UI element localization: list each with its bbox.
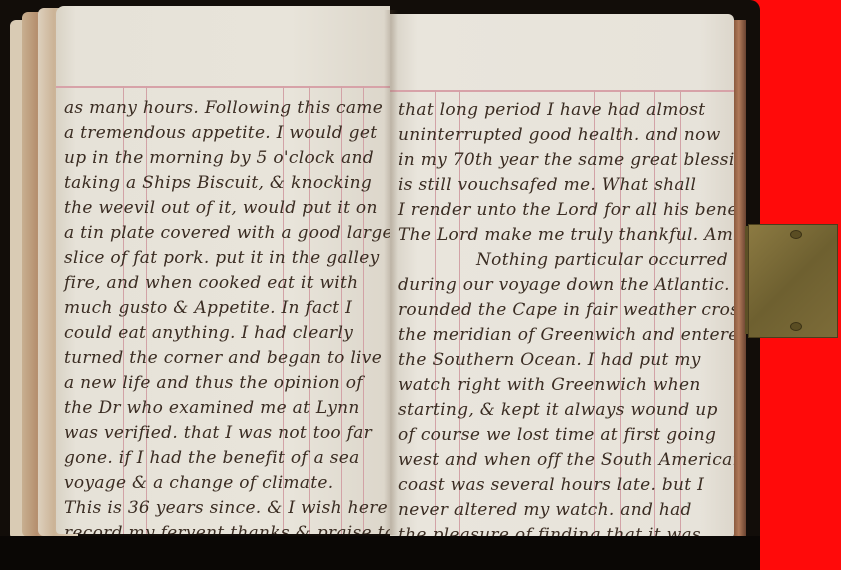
text-line: of course we lost time at first going (398, 425, 716, 445)
text-line: never altered my watch. and had (398, 500, 692, 520)
text-line: much gusto & Appetite. In fact I (64, 298, 352, 318)
text-line: as many hours. Following this came (64, 98, 383, 118)
text-line: a tremendous appetite. I would get (64, 123, 377, 143)
text-line: could eat anything. I had clearly (64, 323, 353, 343)
text-line: the weevil out of it, would put it on (64, 198, 378, 218)
text-line: taking a Ships Biscuit, & knocking (64, 173, 372, 193)
text-line: The Lord make me truly thankful. Amen. (398, 225, 734, 245)
text-line: was verified. that I was not too far (64, 423, 372, 443)
text-line: record my fervent thanks & praise to (64, 523, 390, 534)
text-line: voyage & a change of climate. (64, 473, 333, 493)
text-line: the Dr who examined me at Lynn (64, 398, 360, 418)
text-line: west and when off the South American (398, 450, 734, 470)
text-line: is still vouchsafed me. What shall (398, 175, 696, 195)
book-gutter (384, 10, 398, 535)
brass-clasp (748, 224, 838, 338)
rivet-icon (790, 230, 802, 239)
text-line: watch right with Greenwich when (398, 375, 701, 395)
header-rule (56, 86, 390, 88)
rivet-icon (790, 322, 802, 331)
text-line: during our voyage down the Atlantic. We (398, 275, 734, 295)
text-line: fire, and when cooked eat it with (64, 273, 358, 293)
text-line: coast was several hours late. but I (398, 475, 704, 495)
text-line: starting, & kept it always wound up (398, 400, 718, 420)
text-line: I render unto the Lord for all his benef… (398, 200, 734, 220)
text-line: in my 70th year the same great blessing (398, 150, 734, 170)
right-page: that long period I have had almost unint… (390, 14, 734, 538)
text-line: turned the corner and began to live (64, 348, 382, 368)
text-line: slice of fat pork. put it in the galley (64, 248, 380, 268)
cover-bottom-shadow (0, 536, 760, 570)
text-line: a tin plate covered with a good large (64, 223, 390, 243)
text-line: rounded the Cape in fair weather crossed (398, 300, 734, 320)
text-line: that long period I have had almost (398, 100, 705, 120)
text-line: the Southern Ocean. I had put my (398, 350, 701, 370)
text-line-indented: Nothing particular occurred (476, 250, 728, 270)
text-line: gone. if I had the benefit of a sea (64, 448, 360, 468)
text-line: up in the morning by 5 o'clock and (64, 148, 374, 168)
text-line: This is 36 years since. & I wish here to (64, 498, 390, 518)
left-page: as many hours. Following this came a tre… (56, 6, 390, 534)
text-line: a new life and thus the opinion of (64, 373, 363, 393)
header-rule (390, 90, 734, 92)
text-line: the meridian of Greenwich and entered (398, 325, 734, 345)
text-line: uninterrupted good health. and now (398, 125, 721, 145)
